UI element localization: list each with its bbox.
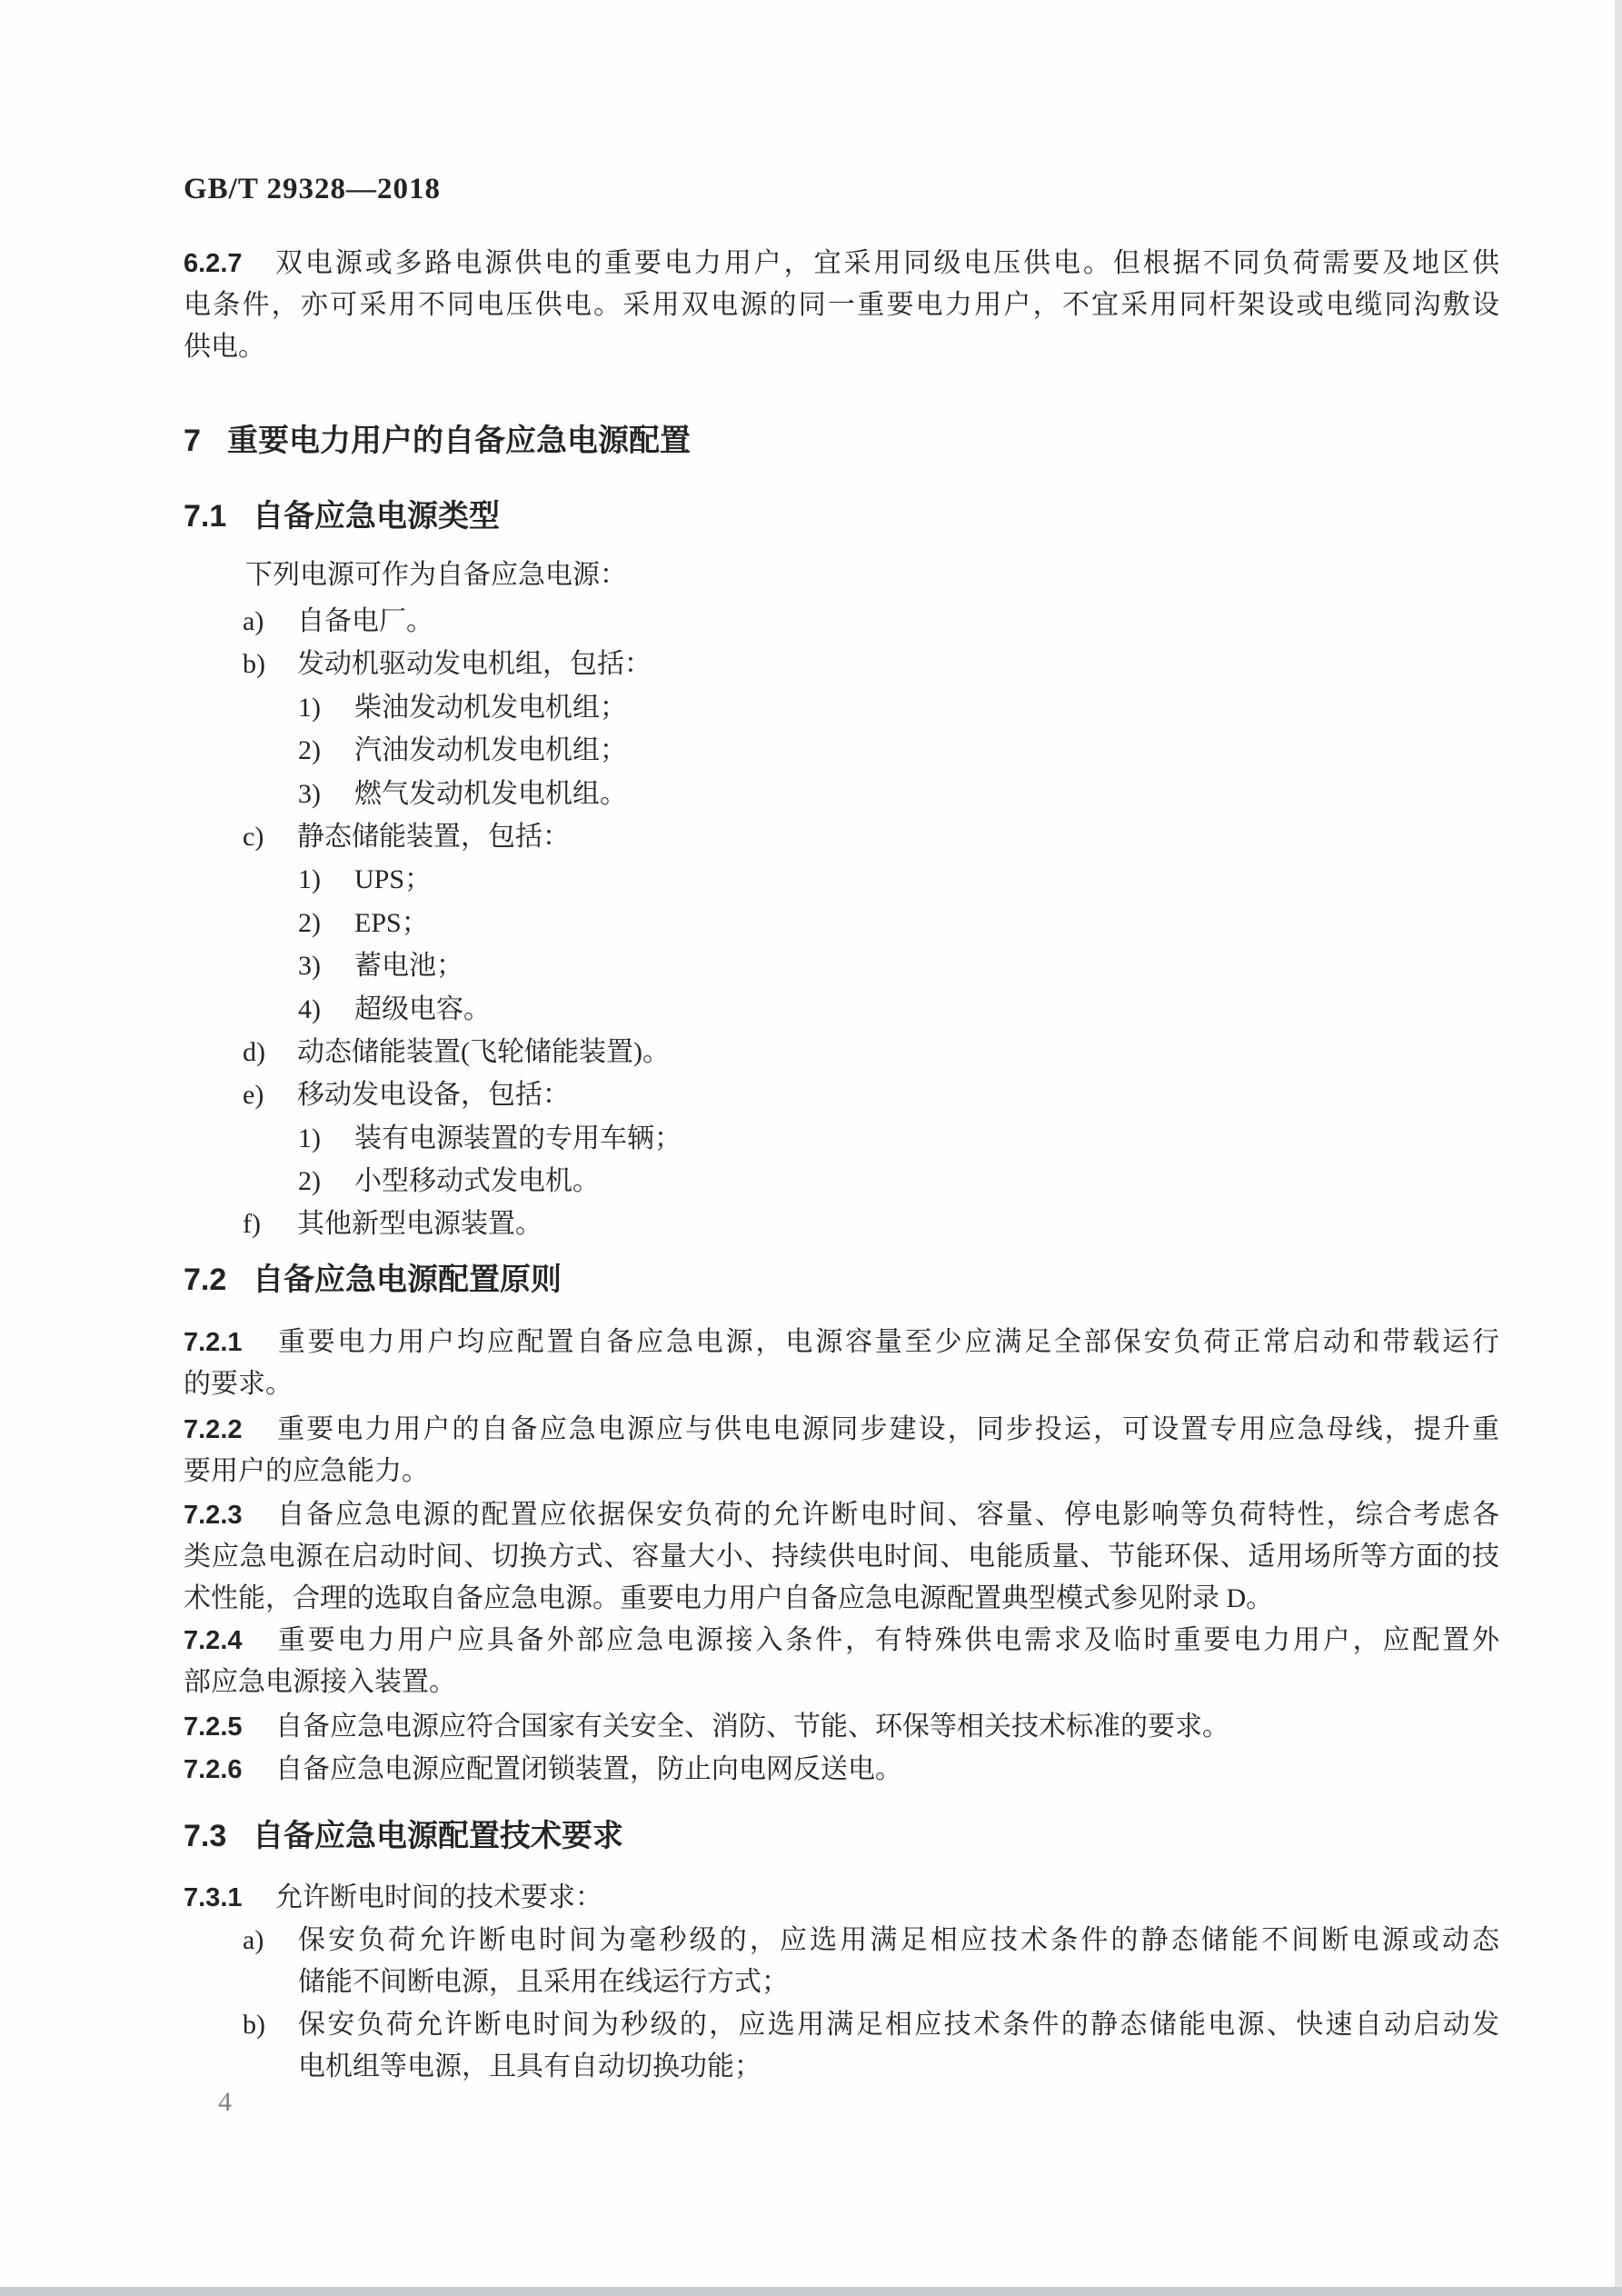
list-marker: b) (243, 643, 297, 685)
list-item: f)其他新型电源装置。 (184, 1203, 1499, 1245)
paragraph-line: 类应急电源在启动时间、切换方式、容量大小、持续供电时间、电能质量、节能环保、适用… (184, 1536, 1499, 1578)
list-item: b)发动机驱动发电机组，包括： (184, 643, 1499, 685)
paragraph-line: 6.2.7双电源或多路电源供电的重要电力用户，宜采用同级电压供电。但根据不同负荷… (184, 243, 1499, 285)
list-item-text: 其他新型电源装置。 (297, 1209, 542, 1239)
list-item-text: UPS； (354, 864, 432, 894)
list-item-line: 电机组等电源，且具有自动切换功能； (298, 2046, 1499, 2088)
list-item-text: 动态储能装置(飞轮储能装置)。 (297, 1037, 670, 1067)
page-number: 4 (218, 2087, 232, 2118)
list-marker: 3) (298, 773, 354, 815)
list-item-body: 保安负荷允许断电时间为毫秒级的，应选用满足相应技术条件的静态储能不间断电源或动态… (298, 1920, 1499, 2003)
section-7-3-heading: 7.3自备应急电源配置技术要求 (184, 1811, 1499, 1855)
list-marker: 2) (298, 729, 354, 772)
list-item-text: 蓄电池； (354, 951, 463, 981)
list-item: a) 保安负荷允许断电时间为毫秒级的，应选用满足相应技术条件的静态储能不间断电源… (184, 1920, 1499, 2003)
clause-7-1-intro: 下列电源可作为自备应急电源： (245, 554, 1499, 596)
power-source-type-list: a)自备电厂。 b)发动机驱动发电机组，包括： 1)柴油发动机发电机组； 2)汽… (184, 600, 1499, 1246)
list-item: 2)汽油发动机发电机组； (184, 729, 1499, 772)
list-item-line: 储能不间断电源，且采用在线运行方式； (298, 1962, 1499, 2003)
list-item: c)静态储能装置，包括： (184, 815, 1499, 858)
list-item-body: 保安负荷允许断电时间为秒级的，应选用满足相应技术条件的静态储能电源、快速自动启动… (298, 2004, 1499, 2088)
list-marker: c) (243, 815, 297, 858)
list-item-text: 装有电源装置的专用车辆； (354, 1123, 682, 1153)
section-number: 7.2 (184, 1263, 253, 1298)
paragraph-line: 供电。 (184, 326, 1499, 368)
section-number: 7.1 (184, 499, 253, 534)
paragraph-text: 重要电力用户均应配置自备应急电源，电源容量至少应满足全部保安负荷正常启动和带载运… (275, 1327, 1499, 1357)
list-item: 3)燃气发动机发电机组。 (184, 773, 1499, 815)
clause-number: 6.2.7 (184, 243, 273, 285)
list-item: 2)小型移动式发电机。 (184, 1160, 1499, 1203)
clause-number: 7.2.3 (184, 1494, 275, 1536)
section-7-1-heading: 7.1自备应急电源类型 (184, 491, 1499, 535)
list-item-text: 柴油发动机发电机组； (354, 693, 627, 723)
list-marker: e) (243, 1073, 297, 1116)
paragraph-line: 7.2.4重要电力用户应具备外部应急电源接入条件，有特殊供电需求及临时重要电力用… (184, 1620, 1499, 1662)
paragraph-text: 重要电力用户的自备应急电源应与供电电源同步建设，同步投运，可设置专用应急母线，提… (275, 1414, 1499, 1444)
list-item-text: 移动发电设备，包括： (297, 1080, 570, 1110)
list-item-line: 保安负荷允许断电时间为秒级的，应选用满足相应技术条件的静态储能电源、快速自动启动… (298, 2004, 1499, 2046)
section-7-heading: 7重要电力用户的自备应急电源配置 (184, 415, 1499, 460)
clause-7-3-1-paragraph: 7.3.1允许断电时间的技术要求： (184, 1877, 1499, 1919)
list-item-line: 保安负荷允许断电时间为毫秒级的，应选用满足相应技术条件的静态储能不间断电源或动态 (298, 1920, 1499, 1962)
paragraph-line: 要用户的应急能力。 (184, 1451, 1499, 1492)
document-page: GB/T 29328—2018 6.2.7双电源或多路电源供电的重要电力用户，宜… (0, 0, 1622, 2296)
list-marker: 2) (298, 1160, 354, 1203)
list-item: 4)超级电容。 (184, 988, 1499, 1031)
clause-number: 7.2.6 (184, 1749, 275, 1791)
clause-7-2-2-paragraph: 7.2.2重要电力用户的自备应急电源应与供电电源同步建设，同步投运，可设置专用应… (184, 1409, 1499, 1492)
clause-number: 7.2.5 (184, 1706, 275, 1748)
list-item: 1)UPS； (184, 858, 1499, 901)
list-item: e)移动发电设备，包括： (184, 1073, 1499, 1116)
section-number: 7.3 (184, 1819, 253, 1854)
section-title: 自备应急电源配置技术要求 (253, 1819, 623, 1853)
list-item: d)动态储能装置(飞轮储能装置)。 (184, 1031, 1499, 1073)
clause-7-2-1-paragraph: 7.2.1重要电力用户均应配置自备应急电源，电源容量至少应满足全部保安负荷正常启… (184, 1322, 1499, 1405)
list-marker: 1) (298, 1117, 354, 1160)
list-marker: b) (243, 2004, 265, 2046)
list-item-text: 小型移动式发电机。 (354, 1166, 600, 1196)
list-item-text: 汽油发动机发电机组； (354, 735, 627, 765)
list-marker: 3) (298, 944, 354, 987)
clause-number: 7.2.2 (184, 1409, 275, 1451)
paragraph-text: 自备应急电源应符合国家有关安全、消防、节能、环保等相关技术标准的要求。 (275, 1712, 1229, 1742)
list-marker: 4) (298, 988, 354, 1031)
list-item: 1)装有电源装置的专用车辆； (184, 1117, 1499, 1160)
clause-number: 7.3.1 (184, 1877, 275, 1919)
page-right-edge-shadow (1615, 0, 1622, 2296)
paragraph-text: 重要电力用户应具备外部应急电源接入条件，有特殊供电需求及临时重要电力用户，应配置… (275, 1625, 1499, 1655)
list-marker: 1) (298, 858, 354, 901)
paragraph-line: 电条件，亦可采用不同电压供电。采用双电源的同一重要电力用户，不宜采用同杆架设或电… (184, 285, 1499, 326)
paragraph-text: 自备应急电源的配置应依据保安负荷的允许断电时间、容量、停电影响等负荷特性，综合考… (275, 1500, 1499, 1530)
standard-code-header: GB/T 29328—2018 (184, 173, 1499, 206)
list-item: 1)柴油发动机发电机组； (184, 686, 1499, 729)
paragraph-text: 允许断电时间的技术要求： (275, 1882, 602, 1912)
page-bottom-edge-shadow (0, 2287, 1622, 2296)
list-item-text: 超级电容。 (354, 994, 491, 1024)
section-title: 自备应急电源配置原则 (253, 1263, 562, 1297)
list-item-text: 静态储能装置，包括： (297, 822, 570, 852)
clause-7-2-5-paragraph: 7.2.5自备应急电源应符合国家有关安全、消防、节能、环保等相关技术标准的要求。 (184, 1706, 1499, 1748)
paragraph-line: 7.3.1允许断电时间的技术要求： (184, 1877, 1499, 1919)
list-item: b) 保安负荷允许断电时间为秒级的，应选用满足相应技术条件的静态储能电源、快速自… (184, 2004, 1499, 2088)
paragraph-line: 7.2.1重要电力用户均应配置自备应急电源，电源容量至少应满足全部保安负荷正常启… (184, 1322, 1499, 1363)
list-item-text: 燃气发动机发电机组。 (354, 779, 627, 809)
paragraph-line: 术性能，合理的选取自备应急电源。重要电力用户自备应急电源配置典型模式参见附录 D… (184, 1578, 1499, 1620)
list-item-text: 自备电厂。 (297, 606, 433, 636)
section-7-2-heading: 7.2自备应急电源配置原则 (184, 1254, 1499, 1299)
paragraph-text: 自备应急电源应配置闭锁装置，防止向电网反送电。 (275, 1754, 902, 1784)
list-item: a)自备电厂。 (184, 600, 1499, 643)
list-marker: d) (243, 1031, 297, 1073)
clause-7-2-3-paragraph: 7.2.3自备应急电源的配置应依据保安负荷的允许断电时间、容量、停电影响等负荷特… (184, 1494, 1499, 1620)
clause-number: 7.2.1 (184, 1322, 275, 1363)
paragraph-line: 部应急电源接入装置。 (184, 1662, 1499, 1703)
list-marker: a) (243, 600, 297, 643)
paragraph-line: 7.2.5自备应急电源应符合国家有关安全、消防、节能、环保等相关技术标准的要求。 (184, 1706, 1499, 1748)
list-marker: 1) (298, 686, 354, 729)
list-marker: 2) (298, 902, 354, 944)
section-number: 7 (184, 424, 227, 459)
list-item-text: EPS； (354, 908, 429, 938)
section-title: 重要电力用户的自备应急电源配置 (227, 424, 691, 458)
list-marker: a) (243, 1920, 264, 1962)
paragraph-line: 7.2.2重要电力用户的自备应急电源应与供电电源同步建设，同步投运，可设置专用应… (184, 1409, 1499, 1451)
section-title: 自备应急电源类型 (253, 499, 500, 534)
list-marker: f) (243, 1203, 297, 1245)
paragraph-line: 7.2.3自备应急电源的配置应依据保安负荷的允许断电时间、容量、停电影响等负荷特… (184, 1494, 1499, 1536)
paragraph-line: 的要求。 (184, 1363, 1499, 1405)
list-item: 3)蓄电池； (184, 944, 1499, 987)
clause-6-2-7-paragraph: 6.2.7双电源或多路电源供电的重要电力用户，宜采用同级电压供电。但根据不同负荷… (184, 243, 1499, 368)
clause-7-2-6-paragraph: 7.2.6自备应急电源应配置闭锁装置，防止向电网反送电。 (184, 1749, 1499, 1791)
clause-number: 7.2.4 (184, 1620, 275, 1662)
clause-7-2-4-paragraph: 7.2.4重要电力用户应具备外部应急电源接入条件，有特殊供电需求及临时重要电力用… (184, 1620, 1499, 1703)
paragraph-line: 7.2.6自备应急电源应配置闭锁装置，防止向电网反送电。 (184, 1749, 1499, 1791)
list-item: 2)EPS； (184, 902, 1499, 944)
paragraph-text: 双电源或多路电源供电的重要电力用户，宜采用同级电压供电。但根据不同负荷需要及地区… (273, 248, 1499, 278)
list-item-text: 发动机驱动发电机组，包括： (297, 649, 652, 679)
